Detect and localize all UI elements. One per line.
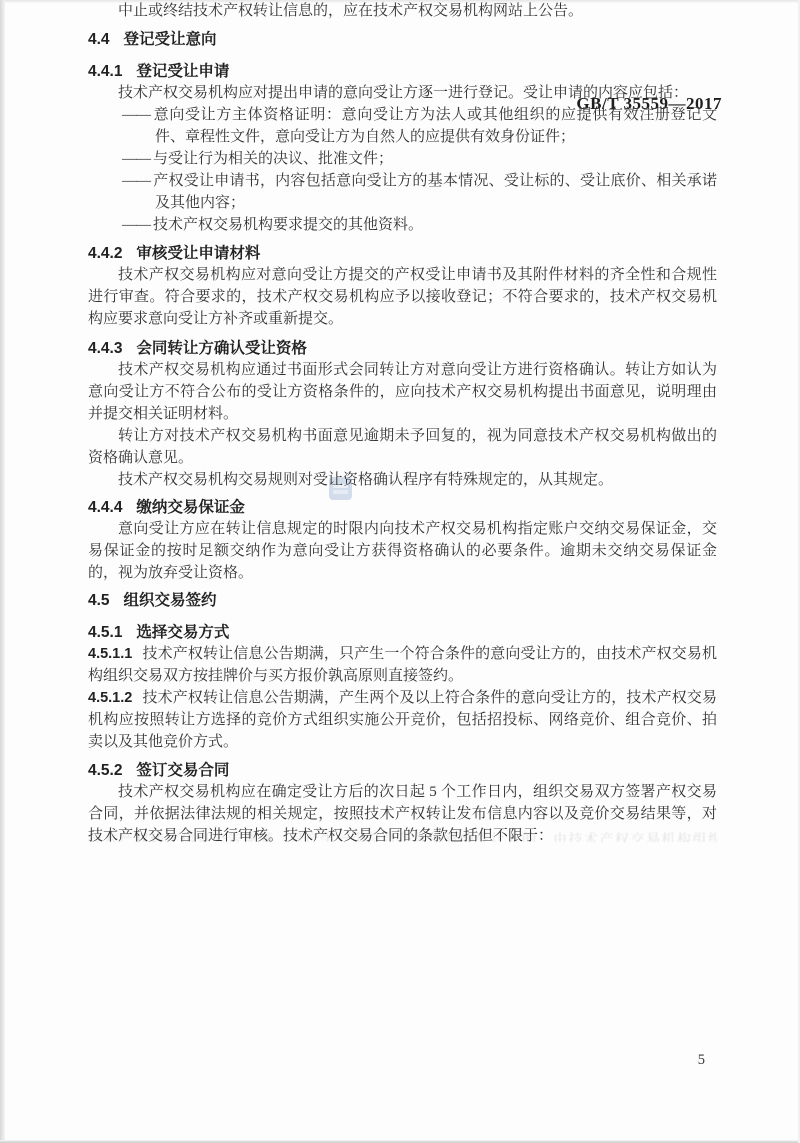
section-heading-4-4-3: 4.4.3会同转让方确认受让资格 [88,339,717,359]
list-item: ——技术产权交易机构要求提交的其他资料。 [122,214,717,236]
list-item-text: 技术产权交易机构要求提交的其他资料。 [153,217,423,233]
scanned-document-page: GB/T 35559—2017 技术产权转让信息公告期满，只产生一个符合条件的意… [0,0,800,1143]
list-item-text: 意向受让方主体资格证明：意向受让方为法人或其他组织的应提供有效注册登记文件、章程… [153,107,717,145]
intro-paragraph: 中止或终结技术产权转让信息的，应在技术产权交易机构网站上公告。 [88,0,717,22]
paragraph-4-4-3-c: 技术产权交易机构交易规则对受让资格确认程序有特殊规定的，从其规定。 [88,469,717,491]
section-title: 登记受让意向 [124,31,217,48]
section-title: 会同转让方确认受让资格 [136,340,307,357]
list-item: ——意向受让方主体资格证明：意向受让方为法人或其他组织的应提供有效注册登记文件、… [122,104,717,148]
section-heading-4-4-4: 4.4.4缴纳交易保证金 [88,498,717,518]
paragraph-4-4-3-a: 技术产权交易机构应通过书面形式会同转让方对意向受让方进行资格确认。转让方如认为意… [88,359,717,425]
section-title: 选择交易方式 [136,624,229,641]
dash-list-4-4-1: ——意向受让方主体资格证明：意向受让方为法人或其他组织的应提供有效注册登记文件、… [88,104,717,236]
dash-marker: —— [122,173,150,189]
paragraph-4-4-1: 技术产权交易机构应对提出申请的意向受让方逐一进行登记。受让申请的内容应包括： [88,82,717,104]
clause-4-5-1-1: 4.5.1.1技术产权转让信息公告期满，只产生一个符合条件的意向受让方的，由技术… [88,643,717,687]
dash-marker: —— [122,151,150,167]
clause-4-5-1-2: 4.5.1.2技术产权转让信息公告期满，产生两个及以上符合条件的意向受让方的，技… [88,687,717,753]
section-heading-4-4-1: 4.4.1登记受让申请 [88,62,717,82]
section-title: 组织交易签约 [124,592,217,609]
paragraph-4-4-4: 意向受让方应在转让信息规定的时限内向技术产权交易机构指定账户交纳交易保证金，交易… [88,518,717,584]
list-item: ——产权受让申请书，内容包括意向受让方的基本情况、受让标的、受让底价、相关承诺及… [122,170,717,214]
scan-edge-left [0,0,5,1143]
section-number: 4.4.1 [88,63,122,80]
section-heading-4-5-1: 4.5.1选择交易方式 [88,623,717,643]
section-heading-4-5: 4.5组织交易签约 [88,591,717,611]
list-item-text: 产权受让申请书，内容包括意向受让方的基本情况、受让标的、受让底价、相关承诺及其他… [153,173,717,211]
clause-text: 技术产权转让信息公告期满，产生两个及以上符合条件的意向受让方的，技术产权交易机构… [88,690,717,750]
section-title: 审核受让申请材料 [136,245,260,262]
section-title: 缴纳交易保证金 [136,499,245,516]
section-number: 4.5.2 [88,762,122,779]
document-body: 中止或终结技术产权转让信息的，应在技术产权交易机构网站上公告。 4.4登记受让意… [88,0,717,1143]
section-number: 4.4.2 [88,245,122,262]
section-heading-4-5-2: 4.5.2签订交易合同 [88,761,717,781]
page-number: 5 [698,1050,705,1070]
paragraph-4-4-2: 技术产权交易机构应对意向受让方提交的产权受让申请书及其附件材料的齐全性和合规性进… [88,264,717,330]
section-number: 4.4.4 [88,499,122,516]
clause-number: 4.5.1.1 [88,646,132,662]
section-heading-4-4: 4.4登记受让意向 [88,30,717,50]
clause-text: 技术产权转让信息公告期满，只产生一个符合条件的意向受让方的，由技术产权交易机构组… [88,646,717,684]
list-item-text: 与受让行为相关的决议、批准文件； [153,151,393,167]
paragraph-4-5-2: 技术产权交易机构应在确定受让方后的次日起 5 个工作日内，组织交易双方签署产权交… [88,781,717,847]
clause-number: 4.5.1.2 [88,690,132,706]
section-number: 4.4 [88,31,110,48]
section-heading-4-4-2: 4.4.2审核受让申请材料 [88,244,717,264]
paragraph-4-4-3-b: 转让方对技术产权交易机构书面意见逾期未予回复的，视为同意技术产权交易机构做出的资… [88,425,717,469]
list-item: ——与受让行为相关的决议、批准文件； [122,148,717,170]
section-number: 4.5.1 [88,624,122,641]
dash-marker: —— [122,217,150,233]
section-title: 签订交易合同 [136,762,229,779]
section-number: 4.4.3 [88,340,122,357]
dash-marker: —— [122,107,150,123]
section-number: 4.5 [88,592,110,609]
section-title: 登记受让申请 [136,63,229,80]
